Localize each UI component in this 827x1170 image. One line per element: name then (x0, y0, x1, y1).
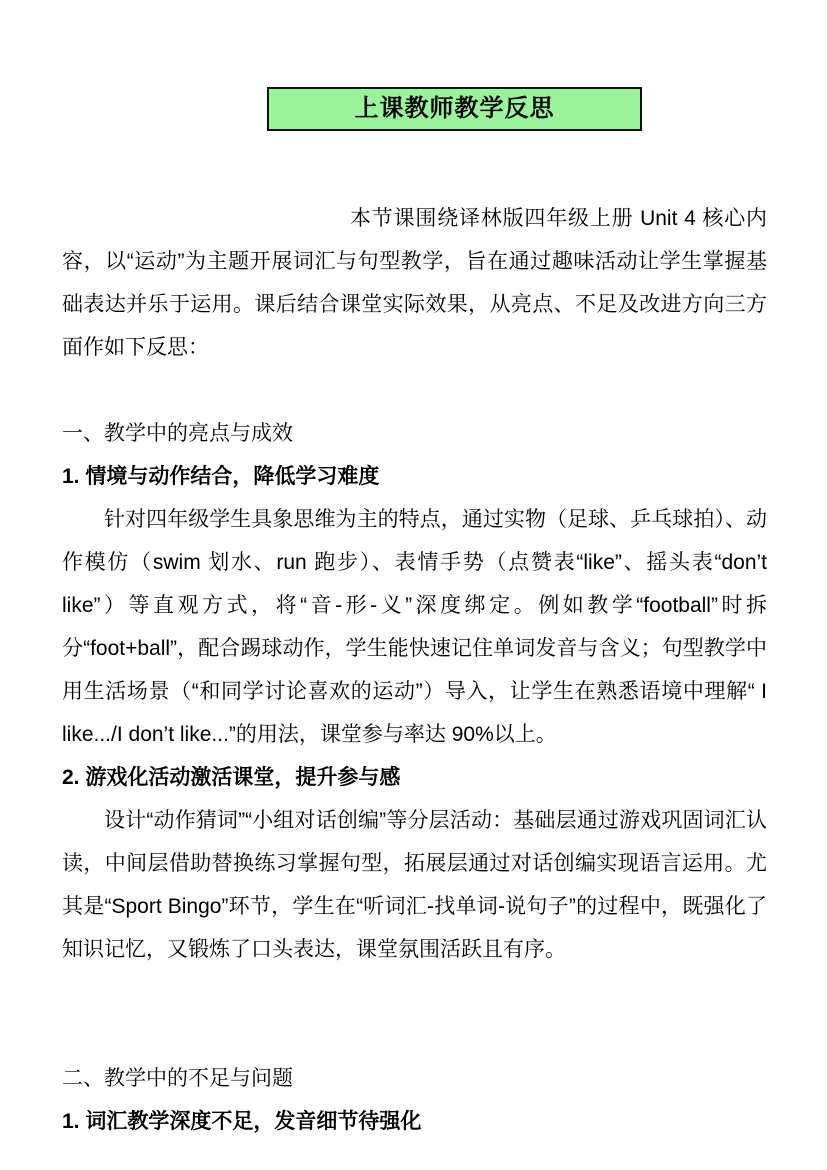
section-1-heading: 一、教学中的亮点与成效 (62, 412, 767, 455)
section-2-item-1-title: 1. 词汇教学深度不足，发音细节待强化 (62, 1100, 767, 1143)
section-1-item-1-title: 1. 情境与动作结合，降低学习难度 (62, 455, 767, 498)
blank-line (62, 1014, 767, 1057)
document-body: 本节课围绕译林版四年级上册 Unit 4 核心内容，以“运动”为主题开展词汇与句… (62, 197, 767, 1143)
section-2-heading: 二、教学中的不足与问题 (62, 1057, 767, 1100)
document-page: 上课教师教学反思 本节课围绕译林版四年级上册 Unit 4 核心内容，以“运动”… (0, 0, 827, 1170)
document-title-box: 上课教师教学反思 (267, 87, 642, 131)
blank-line (62, 971, 767, 1014)
section-1-item-2-title: 2. 游戏化活动激活课堂，提升参与感 (62, 756, 767, 799)
document-title: 上课教师教学反思 (355, 97, 555, 121)
section-1-item-1-body: 针对四年级学生具象思维为主的特点，通过实物（足球、乒乓球拍）、动作模仿（swim… (62, 498, 767, 756)
section-1-item-2-body: 设计“动作猜词”“小组对话创编”等分层活动：基础层通过游戏巩固词汇认读，中间层借… (62, 799, 767, 971)
intro-paragraph: 本节课围绕译林版四年级上册 Unit 4 核心内容，以“运动”为主题开展词汇与句… (62, 197, 767, 369)
blank-line (62, 369, 767, 412)
